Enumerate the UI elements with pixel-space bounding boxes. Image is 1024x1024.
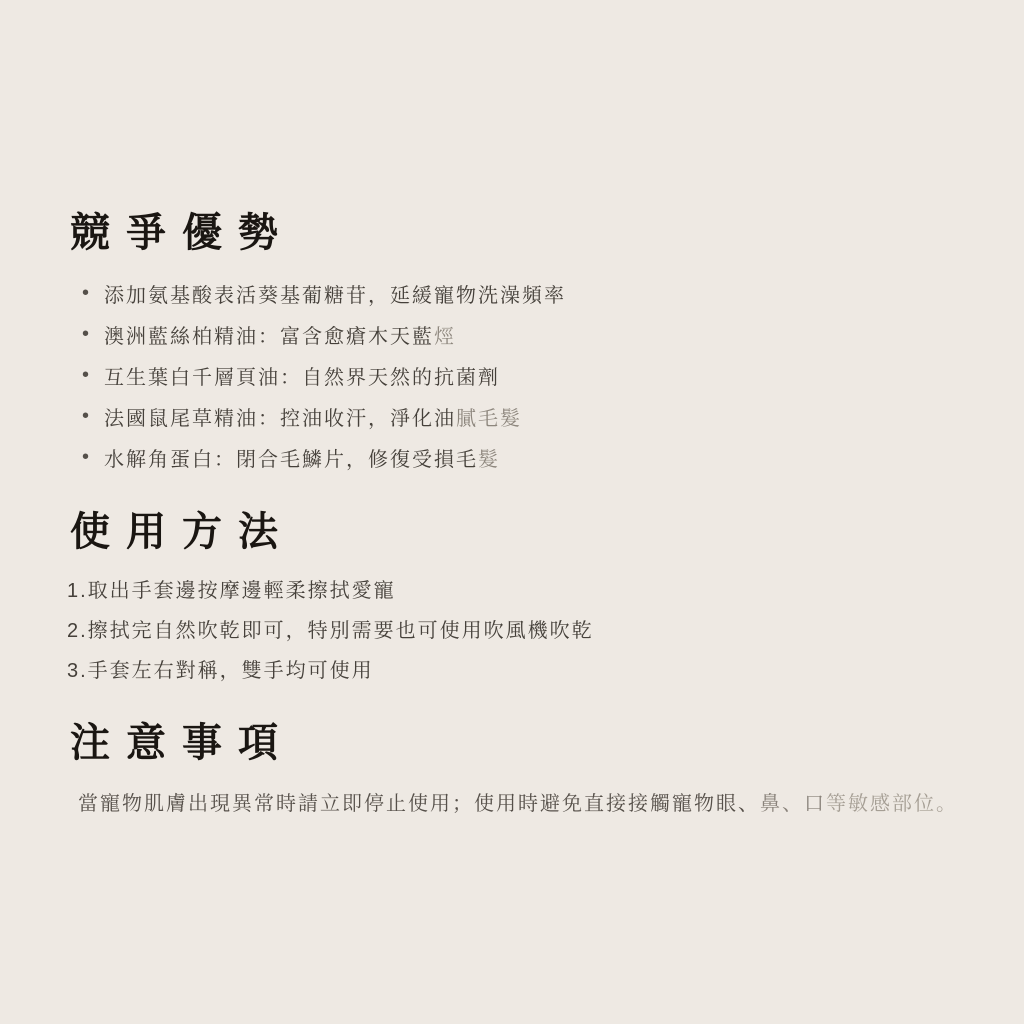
page-content: 競爭優勢 • 添加氨基酸表活葵基葡糖苷，延緩寵物洗澡頻率 • 澳洲藍絲柏精油：富… — [70, 213, 970, 816]
list-item: • 互生葉白千層頁油：自然界天然的抗菌劑 — [70, 355, 970, 396]
advantages-list: • 添加氨基酸表活葵基葡糖苷，延緩寵物洗澡頻率 • 澳洲藍絲柏精油：富含愈瘡木天… — [70, 273, 970, 478]
bullet-icon: • — [82, 446, 104, 469]
usage-step: 2.擦拭完自然吹乾即可，特別需要也可使用吹風機吹乾 — [67, 617, 970, 657]
caution-text-main: 當寵物肌膚出現異常時請立即停止使用；使用時避免直接接觸寵物眼、 — [78, 793, 760, 815]
list-item: • 水解角蛋白：閉合毛鱗片，修復受損毛髮 — [70, 437, 970, 478]
bullet-text: 法國鼠尾草精油：控油收汗，淨化油膩毛髮 — [104, 402, 522, 431]
caution-text: 當寵物肌膚出現異常時請立即停止使用；使用時避免直接接觸寵物眼、鼻、口等敏感部位。 — [78, 787, 970, 816]
usage-step: 1.取出手套邊按摩邊輕柔擦拭愛寵 — [67, 577, 970, 617]
notes-heading: 注意事項 — [70, 723, 970, 763]
caution-text-tail: 等敏感部位。 — [826, 793, 958, 815]
product-description-page: 競爭優勢 • 添加氨基酸表活葵基葡糖苷，延緩寵物洗澡頻率 • 澳洲藍絲柏精油：富… — [0, 0, 1024, 1024]
usage-steps: 1.取出手套邊按摩邊輕柔擦拭愛寵 2.擦拭完自然吹乾即可，特別需要也可使用吹風機… — [67, 577, 970, 697]
caution-text-mid: 鼻、口 — [760, 793, 826, 815]
bullet-text: 水解角蛋白：閉合毛鱗片，修復受損毛髮 — [104, 443, 500, 472]
bullet-text: 互生葉白千層頁油：自然界天然的抗菌劑 — [104, 361, 500, 390]
bullet-icon: • — [82, 282, 104, 305]
bullet-text: 添加氨基酸表活葵基葡糖苷，延緩寵物洗澡頻率 — [104, 279, 566, 308]
usage-heading: 使用方法 — [70, 512, 970, 552]
list-item: • 法國鼠尾草精油：控油收汗，淨化油膩毛髮 — [70, 396, 970, 437]
usage-step: 3.手套左右對稱，雙手均可使用 — [67, 657, 970, 697]
bullet-icon: • — [82, 364, 104, 387]
bullet-icon: • — [82, 323, 104, 346]
bullet-icon: • — [82, 405, 104, 428]
advantages-heading: 競爭優勢 — [70, 213, 970, 253]
list-item: • 添加氨基酸表活葵基葡糖苷，延緩寵物洗澡頻率 — [70, 273, 970, 314]
list-item: • 澳洲藍絲柏精油：富含愈瘡木天藍烴 — [70, 314, 970, 355]
bullet-text: 澳洲藍絲柏精油：富含愈瘡木天藍烴 — [104, 320, 456, 349]
